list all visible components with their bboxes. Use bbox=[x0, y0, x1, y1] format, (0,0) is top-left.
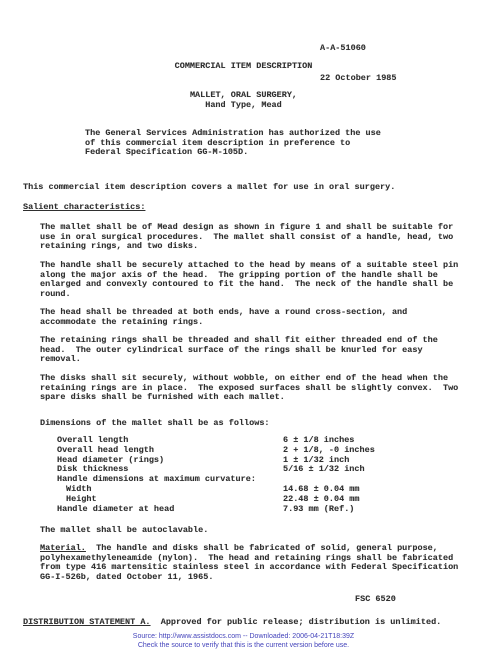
dimension-label: Handle diameter at head bbox=[57, 505, 174, 515]
document-number: A-A-51060 bbox=[320, 44, 397, 54]
dimension-value: 5/16 ± 1/32 inch bbox=[283, 465, 365, 475]
salient-paragraph-disks: The disks shall sit securely, without wo… bbox=[40, 374, 458, 403]
document-subject: MALLET, ORAL SURGERY, Hand Type, Mead bbox=[0, 91, 487, 110]
dimensions-intro: Dimensions of the mallet shall be as fol… bbox=[40, 419, 270, 429]
table-row: Handle diameter at head 7.93 mm (Ref.) bbox=[57, 505, 457, 515]
salient-paragraph-handle: The handle shall be securely attached to… bbox=[40, 261, 458, 300]
salient-paragraph-design: The mallet shall be of Mead design as sh… bbox=[40, 223, 453, 252]
footer-verify-line: Check the source to verify that this is … bbox=[0, 642, 487, 651]
material-heading: Material. bbox=[40, 543, 86, 553]
fsc-code: FSC 6520 bbox=[355, 595, 396, 605]
autoclavable-paragraph: The mallet shall be autoclavable. bbox=[40, 526, 208, 536]
assistdocs-footer: Source: http://www.assistdocs.com -- Dow… bbox=[0, 633, 487, 650]
document-date: 22 October 1985 bbox=[320, 74, 397, 84]
document-title: COMMERCIAL ITEM DESCRIPTION bbox=[0, 62, 487, 72]
salient-characteristics-heading: Salient characteristics: bbox=[23, 203, 145, 213]
scanned-document-page: A-A-51060 22 October 1985 COMMERCIAL ITE… bbox=[0, 0, 487, 660]
footer-source-line: Source: http://www.assistdocs.com -- Dow… bbox=[0, 633, 487, 642]
authorization-paragraph: The General Services Administration has … bbox=[85, 129, 381, 158]
table-row: Handle dimensions at maximum curvature: bbox=[57, 475, 457, 485]
distribution-statement: DISTRIBUTION STATEMENT A. Approved for p… bbox=[23, 618, 478, 628]
distribution-heading: DISTRIBUTION STATEMENT A. bbox=[23, 617, 151, 627]
material-body: The handle and disks shall be fabricated… bbox=[40, 543, 458, 582]
table-row: Width 14.68 ± 0.04 mm bbox=[57, 485, 457, 495]
scope-paragraph: This commercial item description covers … bbox=[23, 183, 395, 193]
salient-paragraph-head: The head shall be threaded at both ends,… bbox=[40, 308, 407, 327]
material-paragraph: Material. The handle and disks shall be … bbox=[40, 544, 470, 583]
distribution-body: Approved for public release; distributio… bbox=[151, 617, 442, 627]
dimensions-table: Overall length 6 ± 1/8 inches Overall he… bbox=[57, 436, 457, 514]
dimension-value: 7.93 mm (Ref.) bbox=[283, 505, 354, 515]
salient-paragraph-retaining-rings: The retaining rings shall be threaded an… bbox=[40, 336, 438, 365]
